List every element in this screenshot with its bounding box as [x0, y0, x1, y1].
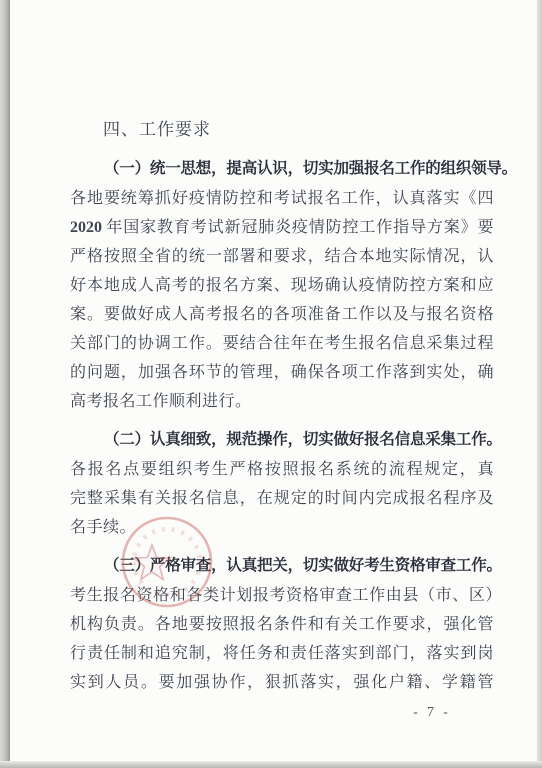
- text-line-body: 考生报名资格和各类计划报考资格审查工作由县（市、区）招考: [70, 581, 494, 610]
- text-line-body: 的问题，加强各环节的管理，确保各项工作落到实处，确保成人: [70, 358, 494, 387]
- text-line-body: 各地要统筹抓好疫情防控和考试报名工作，认真落实《四川省: [70, 184, 494, 213]
- document-lines: 四、工作要求（一）统一思想，提高认识，切实加强报名工作的组织领导。各地要统筹抓好…: [70, 115, 494, 697]
- text-line-lead: （二）认真细致，规范操作，切实做好报名信息采集工作。: [70, 425, 494, 455]
- text-line-heading: 四、工作要求: [70, 115, 494, 145]
- text-line-body: 2020 年国家教育考试新冠肺炎疫情防控工作指导方案》要求，: [70, 213, 494, 242]
- text-line-body: 机构负责。各地要按照报名条件和有关工作要求，强化管理，实: [70, 610, 494, 639]
- bold-number: 2020: [70, 219, 106, 236]
- text-line-lead: （三）严格审查，认真把关，切实做好考生资格审查工作。: [70, 551, 494, 581]
- text-line-body: 案。要做好成人高考报名的各项准备工作以及与报名资格审查相: [70, 300, 494, 329]
- text-line-body: 实到人员。要加强协作，狠抓落实，强化户籍、学籍管理，确保: [70, 668, 494, 697]
- text-line-end: 名手续。: [70, 513, 494, 542]
- text-line-body: 关部门的协调工作。要结合往年在考生报名信息采集过程中遇到: [70, 329, 494, 358]
- page-number: - 7 -: [408, 702, 456, 722]
- text-line-end: 高考报名工作顺利进行。: [70, 387, 494, 416]
- scan-edge-left: [0, 0, 10, 768]
- scan-edge-bottom: [0, 761, 542, 768]
- scan-edge-right: [537, 0, 542, 768]
- text-line-body: 严格按照全省的统一部署和要求，结合本地实际情况，认真制定: [70, 242, 494, 271]
- text-line-lead: （一）统一思想，提高认识，切实加强报名工作的组织领导。: [70, 154, 494, 184]
- text-line-body: 完整采集有关报名信息，在规定的时间内完成报名程序及各项报: [70, 484, 494, 513]
- text-line-body: 行责任制和追究制，将任务和责任落实到部门，落实到岗位，落: [70, 639, 494, 668]
- text-line-body: 各报名点要组织考生严格按照报名系统的流程规定，真实、准确、: [70, 455, 494, 484]
- scanned-document-page: 四、工作要求（一）统一思想，提高认识，切实加强报名工作的组织领导。各地要统筹抓好…: [0, 0, 542, 768]
- text-line-body: 好本地成人高考的报名方案、现场确认疫情防控方案和应急预: [70, 271, 494, 300]
